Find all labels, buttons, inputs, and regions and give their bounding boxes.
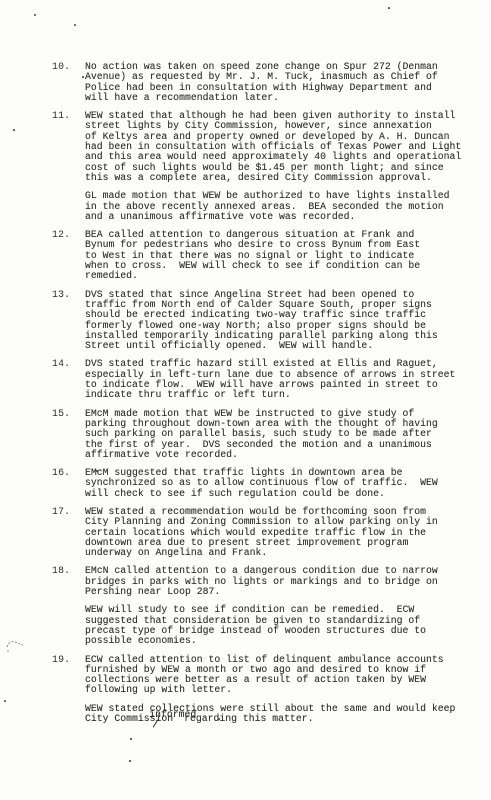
scanned-minutes-page: 10. No action was taken on speed zone ch…	[0, 0, 491, 800]
list-item: 14. DVS stated traffic hazard still exis…	[52, 359, 467, 400]
item-number: 15.	[52, 409, 85, 460]
list-item: 16. EMcM suggested that traffic lights i…	[52, 468, 467, 499]
item-paragraph: EMcM suggested that traffic lights in do…	[85, 468, 467, 499]
item-number: 13.	[52, 290, 85, 352]
item-body: BEA called attention to dangerous situat…	[85, 230, 467, 281]
list-item: 19. ECW called attention to list of deli…	[52, 655, 467, 725]
item-body: EMcM made motion that WEW be instructed …	[85, 409, 467, 460]
item-paragraph: DVS stated traffic hazard still existed …	[85, 359, 467, 400]
item-number: 12.	[52, 230, 85, 281]
list-item: 11. WEW stated that although he had been…	[52, 111, 467, 222]
item-body: No action was taken on speed zone change…	[85, 62, 467, 103]
item-number: 19.	[52, 655, 85, 725]
list-item: 10. No action was taken on speed zone ch…	[52, 62, 467, 103]
scan-speckle	[34, 14, 36, 16]
pencil-check-mark	[5, 637, 27, 655]
scan-speckle	[96, 470, 98, 472]
scan-speckle	[388, 7, 390, 9]
item-paragraph: WEW stated that although he had been giv…	[85, 111, 467, 183]
item-paragraph: GL made motion that WEW be authorized to…	[85, 191, 467, 222]
item-number: 17.	[52, 507, 85, 558]
item-paragraph: EMcM made motion that WEW be instructed …	[85, 409, 467, 460]
list-item: 18. EMcN called attention to a dangerous…	[52, 566, 467, 646]
item-number: 16.	[52, 468, 85, 499]
item-number: 11.	[52, 111, 85, 222]
scan-speckle	[129, 760, 131, 762]
item-paragraph: No action was taken on speed zone change…	[85, 62, 467, 103]
item-paragraph: BEA called attention to dangerous situat…	[85, 230, 467, 281]
item-paragraph: ECW called attention to list of delinque…	[85, 655, 467, 696]
typed-insertion-word: informed	[149, 710, 196, 720]
item-body: EMcN called attention to a dangerous con…	[85, 566, 467, 646]
item-paragraph-with-insertion: WEW stated collections were still about …	[85, 704, 467, 725]
item-body: WEW stated a recommendation would be for…	[85, 507, 467, 558]
list-item: 13. DVS stated that since Angelina Stree…	[52, 290, 467, 352]
item-body: ECW called attention to list of delinque…	[85, 655, 467, 725]
closing-line-2-post: regarding this matter.	[178, 713, 313, 724]
item-number: 18.	[52, 566, 85, 646]
item-number: 10.	[52, 62, 85, 103]
item-paragraph: WEW will study to see if condition can b…	[85, 605, 467, 646]
scan-speckle	[130, 738, 132, 740]
scan-speckle	[218, 718, 220, 720]
scan-speckle	[13, 129, 15, 131]
scan-speckle	[4, 700, 6, 702]
item-number: 14.	[52, 359, 85, 400]
scan-speckle	[82, 76, 84, 78]
item-paragraph: DVS stated that since Angelina Street ha…	[85, 290, 467, 352]
list-item: 17. WEW stated a recommendation would be…	[52, 507, 467, 558]
item-body: EMcM suggested that traffic lights in do…	[85, 468, 467, 499]
list-item: 15. EMcM made motion that WEW be instruc…	[52, 409, 467, 460]
scan-speckle	[74, 24, 76, 26]
item-paragraph: EMcN called attention to a dangerous con…	[85, 566, 467, 597]
item-paragraph: WEW stated a recommendation would be for…	[85, 507, 467, 558]
list-item: 12. BEA called attention to dangerous si…	[52, 230, 467, 281]
item-body: WEW stated that although he had been giv…	[85, 111, 467, 222]
item-body: DVS stated traffic hazard still existed …	[85, 359, 467, 400]
item-body: DVS stated that since Angelina Street ha…	[85, 290, 467, 352]
